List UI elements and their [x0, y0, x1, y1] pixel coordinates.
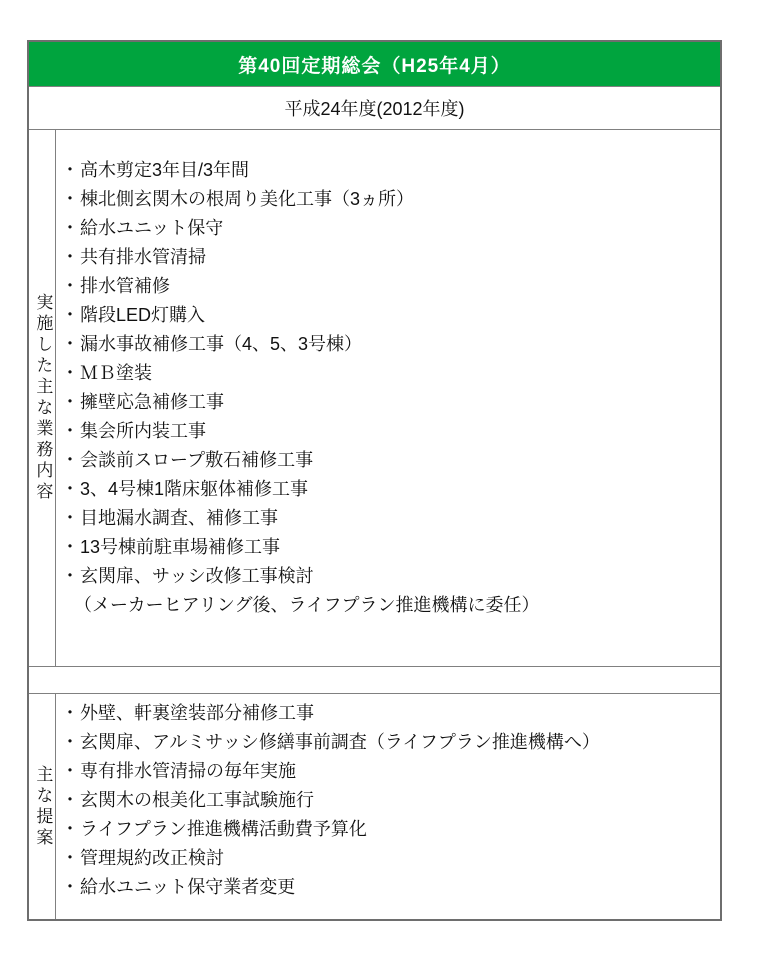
- fiscal-year-label: 平成24年度(2012年度): [284, 95, 464, 121]
- section-activities: 実施した主な業務内容 ・高木剪定3年目/3年間・棟北側玄関木の根周り美化工事（3…: [29, 129, 720, 666]
- item-text: 3、4号棟1階床躯体補修工事: [80, 479, 308, 499]
- item-line: ・擁壁応急補修工事: [61, 388, 712, 417]
- bullet-icon: ・: [61, 537, 79, 557]
- item-line: ・高木剪定3年目/3年間: [61, 156, 712, 185]
- item-line: ・ＭＢ塗装: [61, 359, 712, 388]
- item-line: ・給水ユニット保守: [61, 214, 712, 243]
- bullet-icon: ・: [61, 732, 79, 752]
- bullet-icon: ・: [61, 218, 79, 238]
- list-item: ・玄関扉、アルミサッシ修繕事前調査（ライフプラン推進機構へ）: [61, 728, 712, 757]
- item-text: ＭＢ塗装: [80, 363, 152, 383]
- section-proposals-label-cell: 主な提案: [29, 694, 56, 919]
- spacer-row: [29, 666, 720, 693]
- document-page: 第40回定期総会（H25年4月） 平成24年度(2012年度) 実施した主な業務…: [0, 0, 757, 957]
- section-proposals-items: ・外壁、軒裏塗装部分補修工事・玄関扉、アルミサッシ修繕事前調査（ライフプラン推進…: [56, 694, 720, 919]
- item-text: 目地漏水調査、補修工事: [80, 508, 278, 528]
- bullet-icon: ・: [61, 334, 79, 354]
- item-line: ・ライフプラン推進機構活動費予算化: [61, 815, 712, 844]
- item-text: 専有排水管清掃の毎年実施: [80, 761, 296, 781]
- bullet-icon: ・: [61, 450, 79, 470]
- list-item: ・専有排水管清掃の毎年実施: [61, 757, 712, 786]
- item-text: （メーカーヒアリング後、ライフプラン推進機構に委任）: [74, 595, 539, 615]
- bullet-icon: ・: [61, 790, 79, 810]
- list-item: ・高木剪定3年目/3年間: [61, 156, 712, 185]
- table-header-row: 第40回定期総会（H25年4月）: [29, 42, 720, 86]
- bullet-icon: ・: [61, 392, 79, 412]
- bullet-icon: ・: [61, 160, 79, 180]
- list-item: ・共有排水管清掃: [61, 243, 712, 272]
- item-line: ・漏水事故補修工事（4、5、3号棟）: [61, 330, 712, 359]
- bullet-icon: ・: [61, 566, 79, 586]
- bullet-icon: ・: [61, 247, 79, 267]
- bullet-icon: ・: [61, 363, 79, 383]
- list-item: ・棟北側玄関木の根周り美化工事（3ヵ所）: [61, 185, 712, 214]
- list-item: ・排水管補修: [61, 272, 712, 301]
- item-line: ・玄関木の根美化工事試験施行: [61, 786, 712, 815]
- item-line: ・階段LED灯購入: [61, 301, 712, 330]
- list-item: ・玄関木の根美化工事試験施行: [61, 786, 712, 815]
- bullet-icon: ・: [61, 877, 79, 897]
- bullet-icon: ・: [61, 848, 79, 868]
- item-line: ・棟北側玄関木の根周り美化工事（3ヵ所）: [61, 185, 712, 214]
- item-text: 給水ユニット保守業者変更: [80, 877, 295, 897]
- bullet-icon: ・: [61, 189, 79, 209]
- item-line: ・玄関扉、アルミサッシ修繕事前調査（ライフプラン推進機構へ）: [61, 728, 712, 757]
- item-line: ・目地漏水調査、補修工事: [61, 504, 712, 533]
- item-text: 棟北側玄関木の根周り美化工事（3ヵ所）: [80, 189, 414, 209]
- item-line: ・集会所内装工事: [61, 417, 712, 446]
- item-text: 玄関木の根美化工事試験施行: [80, 790, 314, 810]
- section-proposals: 主な提案 ・外壁、軒裏塗装部分補修工事・玄関扉、アルミサッシ修繕事前調査（ライフ…: [29, 693, 720, 919]
- bullet-icon: ・: [61, 305, 79, 325]
- list-item: ・目地漏水調査、補修工事: [61, 504, 712, 533]
- list-item: ・管理規約改正検討: [61, 844, 712, 873]
- bullet-icon: ・: [61, 819, 79, 839]
- item-text: 給水ユニット保守: [80, 218, 223, 238]
- bullet-icon: ・: [61, 479, 79, 499]
- list-item: ・ＭＢ塗装: [61, 359, 712, 388]
- section-activities-label: 実施した主な業務内容: [33, 293, 52, 503]
- item-line: ・専有排水管清掃の毎年実施: [61, 757, 712, 786]
- item-text: 外壁、軒裏塗装部分補修工事: [80, 703, 314, 723]
- list-item: ・給水ユニット保守: [61, 214, 712, 243]
- list-item: ・3、4号棟1階床躯体補修工事: [61, 475, 712, 504]
- item-text: 共有排水管清掃: [80, 247, 206, 267]
- item-text: 漏水事故補修工事（4、5、3号棟）: [80, 334, 362, 354]
- item-text: ライフプラン推進機構活動費予算化: [80, 819, 367, 839]
- list-item: ・13号棟前駐車場補修工事: [61, 533, 712, 562]
- section-activities-label-cell: 実施した主な業務内容: [29, 130, 56, 666]
- list-item: ・集会所内装工事: [61, 417, 712, 446]
- item-line: ・給水ユニット保守業者変更: [61, 873, 712, 902]
- list-item: ・擁壁応急補修工事: [61, 388, 712, 417]
- item-text: 13号棟前駐車場補修工事: [80, 537, 280, 557]
- list-item: ・漏水事故補修工事（4、5、3号棟）: [61, 330, 712, 359]
- item-continuation-line: （メーカーヒアリング後、ライフプラン推進機構に委任）: [61, 591, 712, 620]
- item-text: 排水管補修: [80, 276, 170, 296]
- list-item: ・外壁、軒裏塗装部分補修工事: [61, 699, 712, 728]
- bullet-icon: ・: [61, 761, 79, 781]
- item-text: 集会所内装工事: [80, 421, 206, 441]
- fiscal-year-row: 平成24年度(2012年度): [29, 86, 720, 129]
- section-activities-items: ・高木剪定3年目/3年間・棟北側玄関木の根周り美化工事（3ヵ所）・給水ユニット保…: [56, 130, 720, 666]
- item-line: ・3、4号棟1階床躯体補修工事: [61, 475, 712, 504]
- item-text: 玄関扉、アルミサッシ修繕事前調査（ライフプラン推進機構へ）: [80, 732, 600, 752]
- bullet-icon: ・: [61, 508, 79, 528]
- item-text: 高木剪定3年目/3年間: [80, 160, 249, 180]
- item-text: 管理規約改正検討: [80, 848, 224, 868]
- item-line: ・共有排水管清掃: [61, 243, 712, 272]
- item-text: 玄関扉、サッシ改修工事検討: [80, 566, 314, 586]
- list-item: ・給水ユニット保守業者変更: [61, 873, 712, 902]
- list-item: ・玄関扉、サッシ改修工事検討（メーカーヒアリング後、ライフプラン推進機構に委任）: [61, 562, 712, 620]
- list-item: ・会談前スロープ敷石補修工事: [61, 446, 712, 475]
- item-line: ・排水管補修: [61, 272, 712, 301]
- item-line: ・玄関扉、サッシ改修工事検討: [61, 562, 712, 591]
- item-text: 擁壁応急補修工事: [80, 392, 224, 412]
- item-line: ・会談前スロープ敷石補修工事: [61, 446, 712, 475]
- bullet-icon: ・: [61, 276, 79, 296]
- list-item: ・ライフプラン推進機構活動費予算化: [61, 815, 712, 844]
- item-text: 階段LED灯購入: [80, 305, 205, 325]
- item-line: ・外壁、軒裏塗装部分補修工事: [61, 699, 712, 728]
- meeting-report-table: 第40回定期総会（H25年4月） 平成24年度(2012年度) 実施した主な業務…: [27, 40, 722, 921]
- meeting-title: 第40回定期総会（H25年4月）: [238, 51, 511, 78]
- list-item: ・階段LED灯購入: [61, 301, 712, 330]
- item-line: ・管理規約改正検討: [61, 844, 712, 873]
- section-proposals-label: 主な提案: [33, 765, 52, 849]
- item-text: 会談前スロープ敷石補修工事: [80, 450, 313, 470]
- bullet-icon: ・: [61, 703, 79, 723]
- item-line: ・13号棟前駐車場補修工事: [61, 533, 712, 562]
- bullet-icon: ・: [61, 421, 79, 441]
